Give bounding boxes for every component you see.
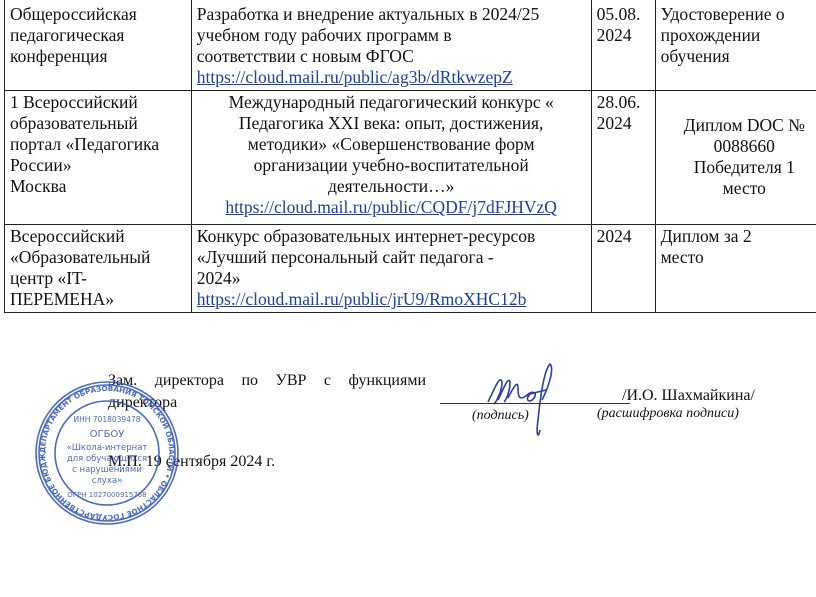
event-line: деятельности…» [197, 176, 586, 197]
event-line: Конкурс образовательных интернет-ресурсо… [197, 226, 586, 247]
organizer-line: образовательный [10, 113, 186, 134]
result-line: Диплом за 2 [661, 226, 816, 247]
svg-text:слуха»: слуха» [92, 476, 123, 486]
signature-block: Зам. директора по УВР с функциями директ… [0, 360, 816, 597]
event-line: Международный педагогический конкурс « [197, 92, 586, 113]
organizer-line: центр «IT- [10, 268, 186, 289]
event-line: «Лучший персональный сайт педагога - [197, 247, 586, 268]
result-line: обучения [661, 46, 816, 67]
date-line: 2024 [597, 25, 650, 46]
event-line: соответствии с новым ФГОС [197, 46, 586, 67]
date-cell: 2024 [591, 225, 655, 313]
signature-caption: (подпись) [472, 408, 529, 424]
svg-text:«Школа-интернат: «Школа-интернат [67, 443, 148, 453]
result-cell: Диплом DOC №0088660Победителя 1место [655, 91, 816, 225]
organizer-cell: 1 Всероссийскийобразовательныйпортал «Пе… [5, 91, 192, 225]
organizer-line: портал «Педагогика [10, 134, 186, 155]
event-cell: Разработка и внедрение актуальных в 2024… [191, 0, 591, 91]
event-line: Разработка и внедрение актуальных в 2024… [197, 4, 586, 25]
result-line: Диплом DOC № [661, 115, 816, 136]
result-cell: Удостоверение опрохожденииобучения [655, 0, 816, 91]
organizer-line: Общероссийская [10, 4, 186, 25]
date-line: 2024 [597, 113, 650, 134]
organizer-line: ПЕРЕМЕНА» [10, 289, 186, 310]
result-cell: Диплом за 2место [655, 225, 816, 313]
organizer-line: конференция [10, 46, 186, 67]
event-line: Педагогика XXI века: опыт, достижения, [197, 113, 586, 134]
organizer-line: педагогическая [10, 25, 186, 46]
signer-name: /И.О. Шахмайкина/ [622, 387, 755, 405]
table-row: ОбщероссийскаяпедагогическаяконференцияР… [5, 0, 816, 91]
event-line: организации учебно-воспитательной [197, 155, 586, 176]
result-line: место [661, 178, 816, 199]
event-line: методики» «Совершенствование форм [197, 134, 586, 155]
organizer-cell: Общероссийскаяпедагогическаяконференция [5, 0, 192, 91]
result-line: Удостоверение о [661, 4, 816, 25]
result-line: прохождении [661, 25, 816, 46]
table-row: Всероссийский«Образовательныйцентр «IT-П… [5, 225, 816, 313]
event-line: учебном году рабочих программ в [197, 25, 586, 46]
events-table: ОбщероссийскаяпедагогическаяконференцияР… [4, 0, 816, 313]
official-stamp-icon: ДЕПАРТАМЕНТ ОБРАЗОВАНИЯ ТОМСКОЙ ОБЛАСТИ … [34, 380, 180, 526]
svg-text:ОГРН 1027000915768: ОГРН 1027000915768 [67, 491, 146, 499]
organizer-line: 1 Всероссийский [10, 92, 186, 113]
svg-text:ИНН 7018039478: ИНН 7018039478 [74, 415, 141, 424]
organizer-line: Москва [10, 176, 186, 197]
event-line: 2024» [197, 268, 586, 289]
date-cell: 28.06.2024 [591, 91, 655, 225]
svg-text:для обучающихся: для обучающихся [67, 454, 147, 464]
signature-line [440, 403, 630, 404]
table-row: 1 Всероссийскийобразовательныйпортал «Пе… [5, 91, 816, 225]
event-link[interactable]: https://cloud.mail.ru/public/jrU9/RmoXHC… [197, 289, 586, 310]
organizer-line: «Образовательный [10, 247, 186, 268]
organizer-line: России» [10, 155, 186, 176]
date-line: 05.08. [597, 4, 650, 25]
organizer-line: Всероссийский [10, 226, 186, 247]
result-line: 0088660 [661, 136, 816, 157]
event-link[interactable]: https://cloud.mail.ru/public/ag3b/dRtkwz… [197, 67, 586, 88]
event-link[interactable]: https://cloud.mail.ru/public/CQDF/j7dFJH… [197, 197, 586, 218]
event-cell: Конкурс образовательных интернет-ресурсо… [191, 225, 591, 313]
result-line: Победителя 1 [661, 157, 816, 178]
date-line: 2024 [597, 226, 650, 247]
result-line: место [661, 247, 816, 268]
signature-decode-caption: (расшифровка подписи) [597, 406, 739, 422]
organizer-cell: Всероссийский«Образовательныйцентр «IT-П… [5, 225, 192, 313]
date-line: 28.06. [597, 92, 650, 113]
date-cell: 05.08.2024 [591, 0, 655, 91]
svg-text:с нарушениями: с нарушениями [72, 465, 142, 475]
svg-text:ОГБОУ: ОГБОУ [90, 429, 125, 440]
event-cell: Международный педагогический конкурс «Пе… [191, 91, 591, 225]
